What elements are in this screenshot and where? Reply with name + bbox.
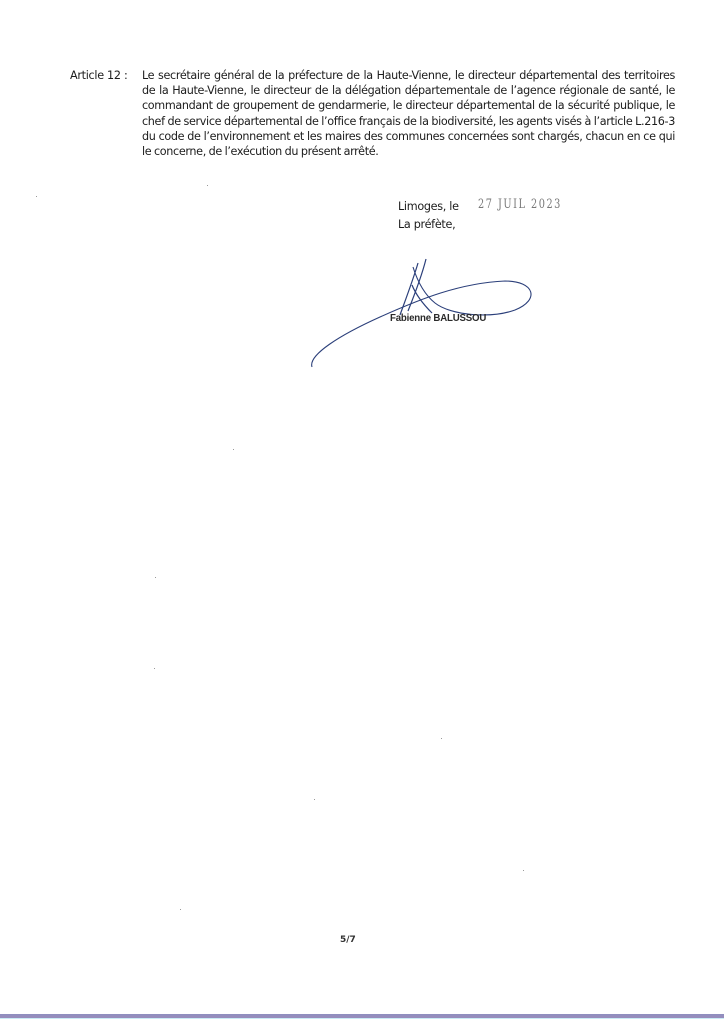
signature-place: Limoges, le: [398, 199, 459, 214]
scan-speck: [180, 909, 181, 910]
signer-title: La préfète,: [398, 218, 455, 231]
footer-rule: [0, 1014, 724, 1019]
scan-speck: [314, 799, 315, 800]
scan-speck: [154, 668, 155, 669]
scan-speck: [155, 577, 156, 578]
page-number: 5/7: [340, 935, 356, 945]
signer-name: Fabienne BALUSSOU: [390, 312, 486, 324]
stamped-date: 27 JUIL 2023: [478, 197, 562, 212]
article-label: Article 12 :: [70, 68, 142, 159]
article-body: Le secrétaire général de la préfecture d…: [142, 68, 675, 159]
scan-speck: [233, 449, 234, 450]
scan-speck: [207, 185, 208, 186]
scan-speck: [441, 738, 442, 739]
article-12: Article 12 : Le secrétaire général de la…: [70, 68, 675, 159]
scan-speck: [36, 196, 37, 197]
scan-speck: [523, 870, 524, 871]
